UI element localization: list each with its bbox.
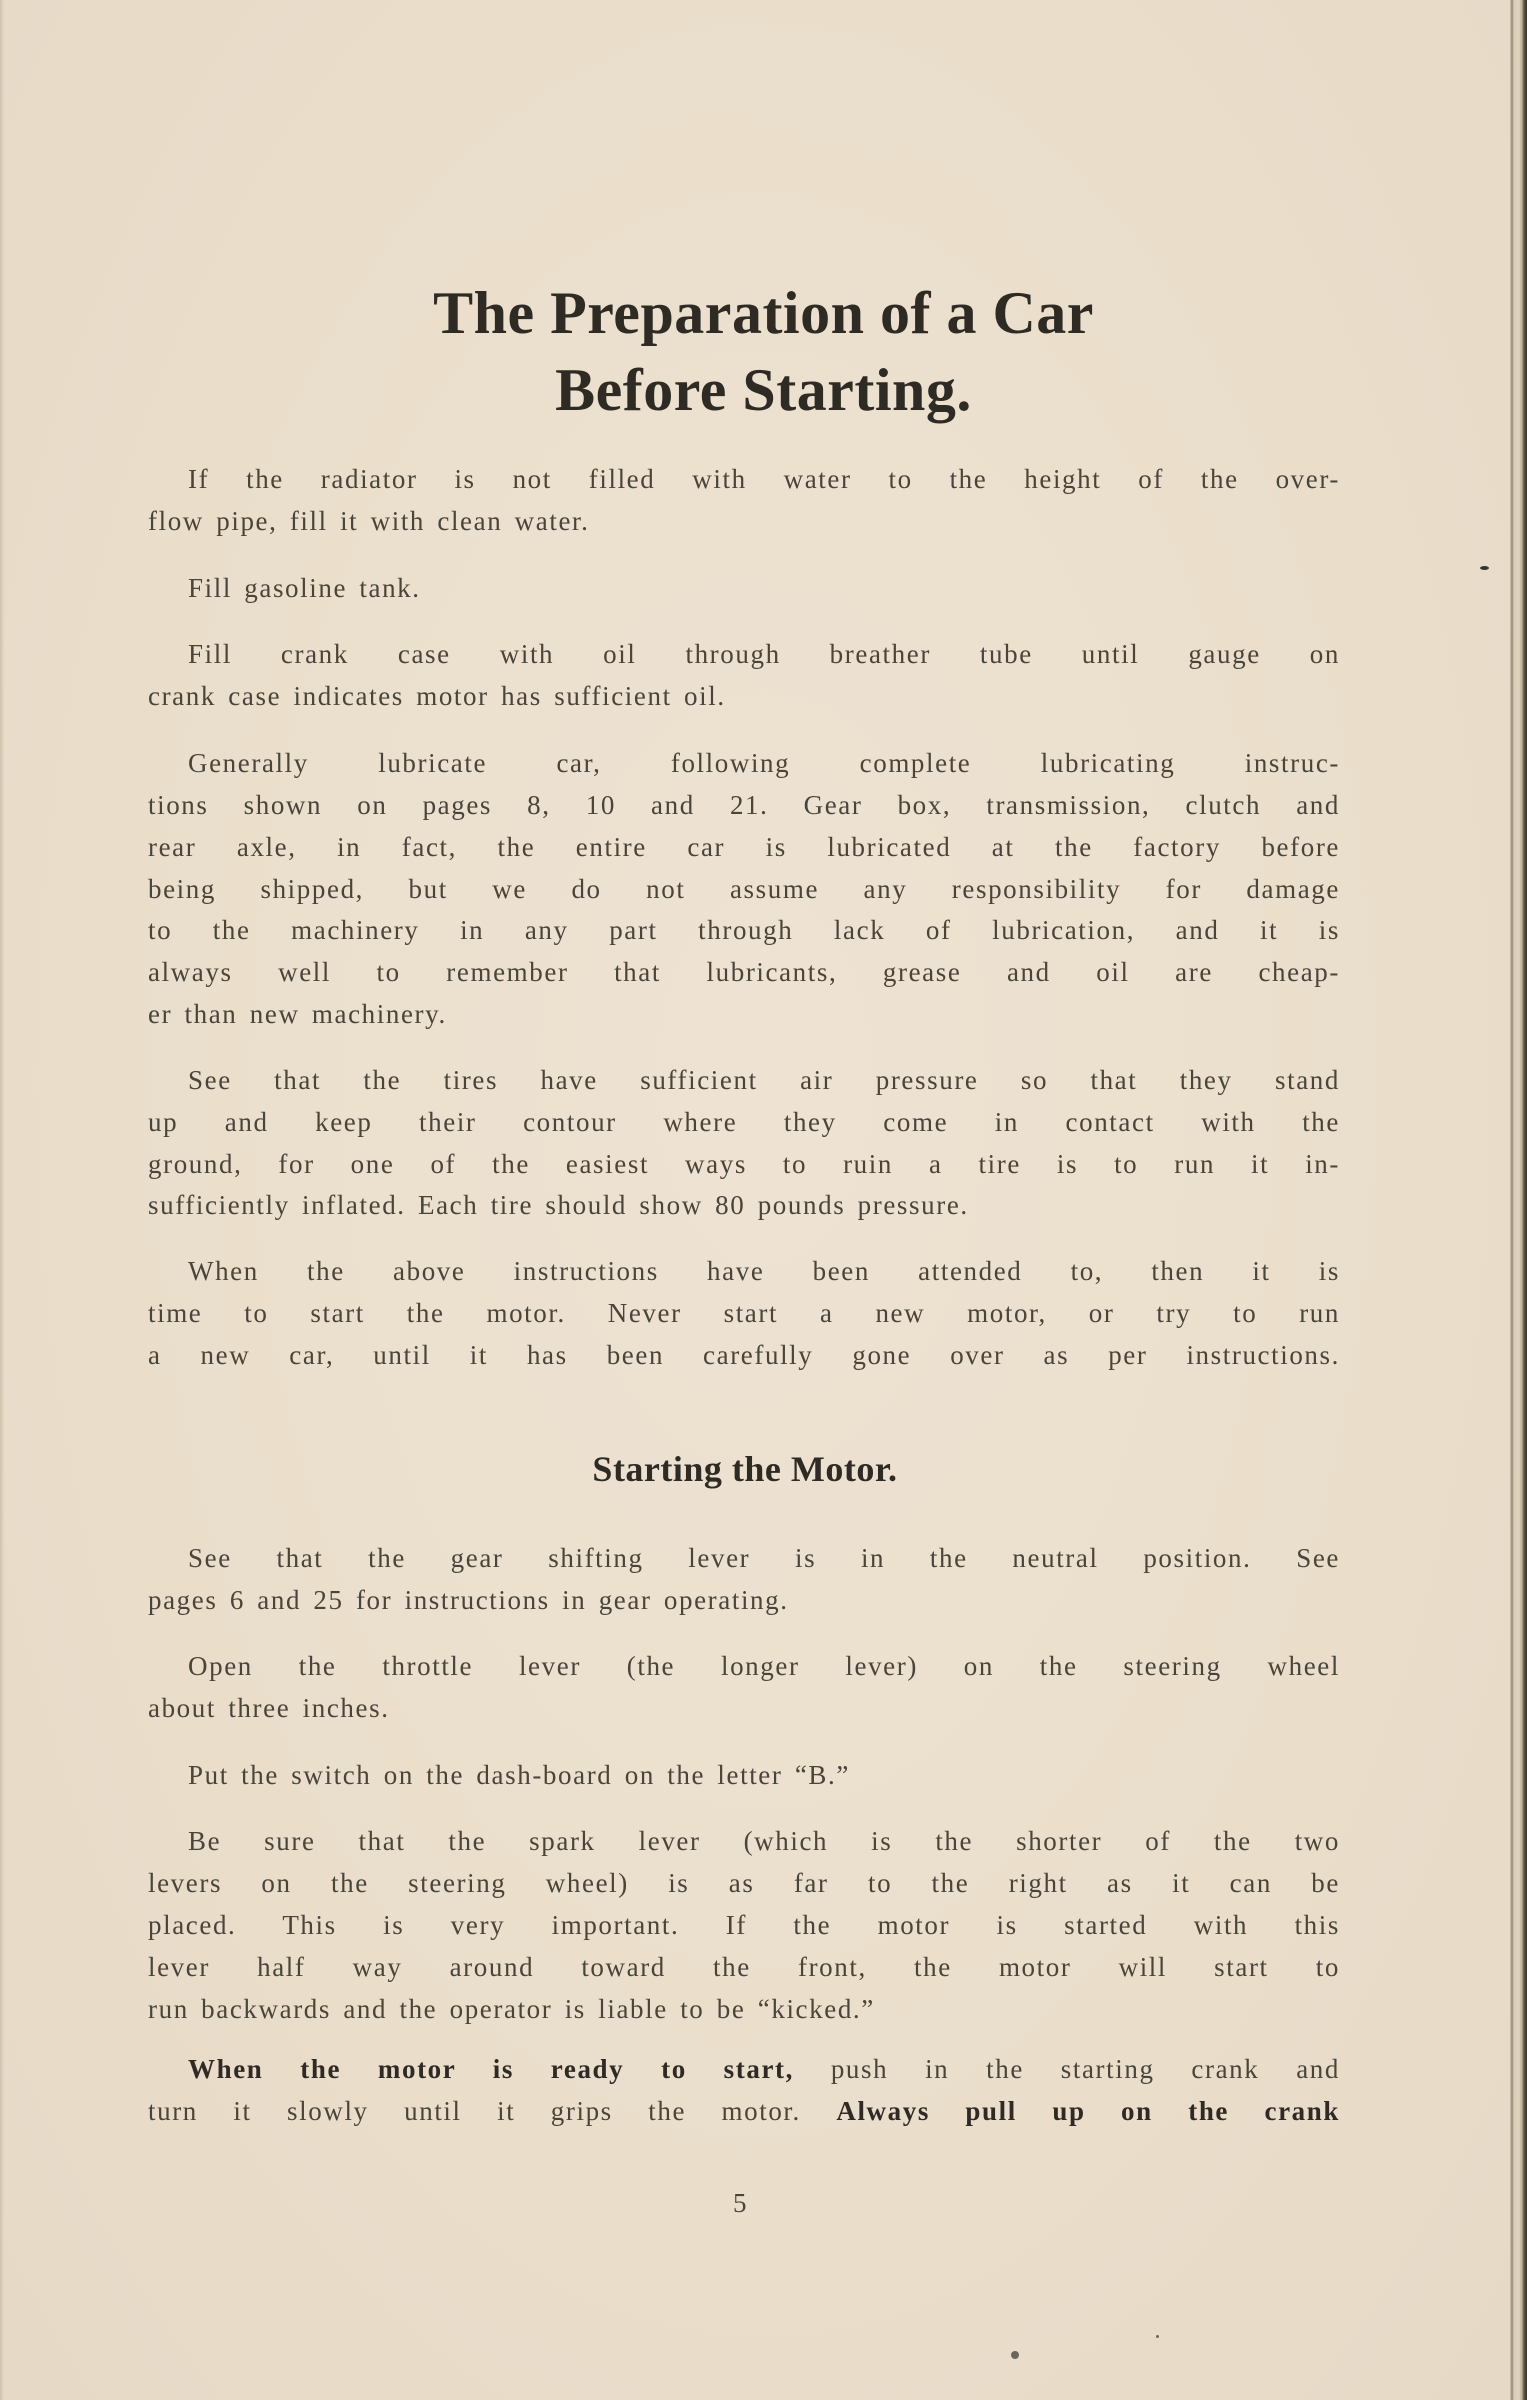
text-line: being shipped, but we do not assume any … — [148, 873, 1340, 905]
text-line: levers on the steering wheel) is as far … — [148, 1867, 1340, 1899]
text-line: See that the tires have sufficient air p… — [188, 1064, 1340, 1096]
text-line: turn it slowly until it grips the motor.… — [148, 2095, 1340, 2127]
text-line: Generally lubricate car, following compl… — [188, 747, 1340, 779]
text-line: See that the gear shifting lever is in t… — [188, 1542, 1340, 1574]
page-title-line-1: The Preparation of a Car — [0, 283, 1527, 343]
page-title-line-2: Before Starting. — [0, 360, 1527, 420]
text-line: Put the switch on the dash-board on the … — [188, 1759, 1340, 1791]
text-line: a new car, until it has been carefully g… — [148, 1339, 1340, 1371]
regular-text: turn it slowly until it grips the motor. — [148, 2096, 836, 2126]
text-line: Open the throttle lever (the longer leve… — [188, 1650, 1340, 1682]
text-line: rear axle, in fact, the entire car is lu… — [148, 831, 1340, 863]
text-line: up and keep their contour where they com… — [148, 1106, 1340, 1138]
book-page: The Preparation of a Car Before Starting… — [0, 0, 1527, 2400]
text-line: crank case indicates motor has sufficien… — [148, 680, 1340, 712]
text-line: Fill crank case with oil through breathe… — [188, 638, 1340, 670]
paper-speck — [1156, 2335, 1159, 2338]
text-line: pages 6 and 25 for instructions in gear … — [148, 1584, 1340, 1616]
text-line: run backwards and the operator is liable… — [148, 1993, 1340, 2025]
bold-text: Always pull up on the crank — [836, 2096, 1340, 2126]
text-line: When the motor is ready to start, push i… — [188, 2053, 1340, 2085]
text-line: sufficiently inflated. Each tire should … — [148, 1189, 1340, 1221]
section-heading: Starting the Motor. — [0, 1451, 1490, 1487]
text-line: Fill gasoline tank. — [188, 572, 1340, 604]
text-line: ground, for one of the easiest ways to r… — [148, 1148, 1340, 1180]
text-line: When the above instructions have been at… — [188, 1255, 1340, 1287]
page-number: 5 — [733, 2188, 747, 2218]
bold-text: When the motor is ready to start, — [188, 2054, 794, 2084]
text-line: to the machinery in any part through lac… — [148, 914, 1340, 946]
paper-speck — [1480, 566, 1489, 570]
text-line: flow pipe, fill it with clean water. — [148, 505, 1340, 537]
text-line: er than new machinery. — [148, 998, 1340, 1030]
paper-speck — [1011, 2351, 1019, 2359]
text-line: If the radiator is not filled with water… — [188, 463, 1340, 495]
text-line: always well to remember that lubricants,… — [148, 956, 1340, 988]
text-line: placed. This is very important. If the m… — [148, 1909, 1340, 1941]
text-line: lever half way around toward the front, … — [148, 1951, 1340, 1983]
text-line: time to start the motor. Never start a n… — [148, 1297, 1340, 1329]
text-line: Be sure that the spark lever (which is t… — [188, 1825, 1340, 1857]
text-line: tions shown on pages 8, 10 and 21. Gear … — [148, 789, 1340, 821]
text-line: about three inches. — [148, 1692, 1340, 1724]
regular-text: push in the starting crank and — [794, 2054, 1340, 2084]
